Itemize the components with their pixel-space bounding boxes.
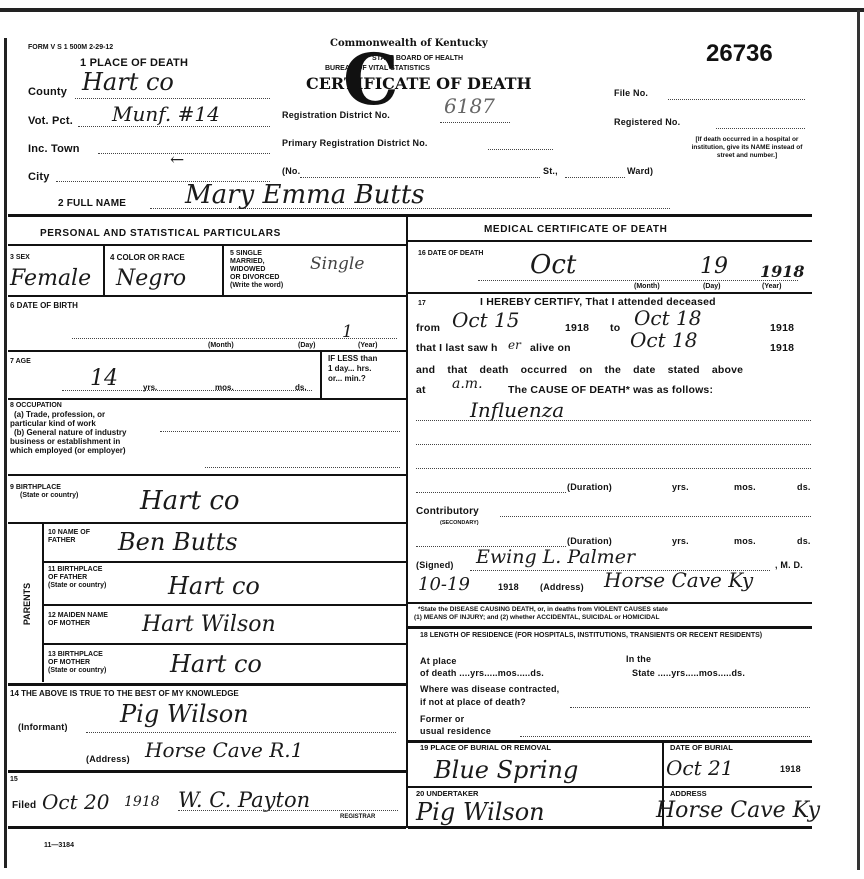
full-name-label: 2 FULL NAME [58, 198, 126, 209]
dob-day-label: (Day) [298, 342, 316, 350]
signed-value[interactable]: Ewing L. Palmer [476, 546, 635, 568]
from-label: from [416, 322, 440, 334]
at-label: at [416, 384, 426, 396]
row-line [8, 295, 406, 297]
registration-district-value[interactable]: 6187 [444, 94, 495, 118]
state-text: State [632, 668, 655, 678]
stamp-letter: C [343, 50, 399, 110]
personal-title-line [8, 244, 406, 246]
occupation-label: 8 OCCUPATION [10, 402, 126, 410]
occurred-text: and that death occurred on the date stat… [416, 364, 743, 376]
row-line [8, 350, 406, 352]
row-line [44, 561, 406, 563]
label-line: (State or country) [48, 582, 106, 590]
filed-date-value[interactable]: Oct 20 [42, 790, 109, 814]
age-less-divider [320, 350, 322, 398]
label-line: OF MOTHER [48, 620, 108, 628]
city-value[interactable]: ← [170, 150, 184, 170]
filed-year-value[interactable]: 1918 [124, 794, 160, 810]
row-line [408, 602, 812, 604]
row-line [44, 643, 406, 645]
ward-label: Ward) [627, 166, 653, 176]
cause-dots [416, 444, 811, 445]
duration-mos: mos. [734, 536, 756, 546]
certificate-title: CERTIFICATE OF DEATH [306, 74, 532, 93]
filed-label: Filed [12, 800, 36, 811]
cause-dots [416, 468, 811, 469]
footnote-line-2: (1) MEANS OF INJURY; and (2) whether ACC… [414, 614, 659, 622]
vot-pct-label: Vot. Pct. [28, 115, 73, 127]
label-line: OF FATHER [48, 574, 106, 582]
dod-day-value[interactable]: 19 [700, 254, 728, 279]
former-label-2: usual residence [420, 726, 491, 736]
medical-address-value[interactable]: Horse Cave Ky [604, 568, 753, 592]
sex-value[interactable]: Female [10, 266, 91, 291]
duration-ds: ds. [797, 536, 811, 546]
row-line [8, 398, 406, 400]
county-label: County [28, 86, 67, 98]
file-no-dots [668, 99, 805, 100]
birthplace-sub: (State or country) [20, 492, 78, 500]
contributory-dots [500, 516, 811, 517]
birthplace-value[interactable]: Hart co [140, 486, 240, 516]
no-label: (No. [282, 166, 300, 176]
mother-birthplace-label: 13 BIRTHPLACE OF MOTHER (State or countr… [48, 651, 106, 675]
undertaker-address-value[interactable]: Horse Cave Ky [656, 798, 820, 823]
label-line: 13 BIRTHPLACE [48, 651, 106, 659]
age-years-value[interactable]: 14 [90, 366, 118, 391]
file-no-label: File No. [614, 88, 648, 98]
duration-yrs: yrs. [672, 536, 689, 546]
contracted-dots [570, 707, 810, 708]
cause-dots [416, 420, 811, 421]
marital-line: (Write the word) [230, 282, 283, 290]
marital-label: 5 SINGLE MARRIED, WIDOWED OR DIVORCED (W… [230, 250, 283, 290]
dod-dots [478, 280, 798, 281]
if-less-line: 1 day... hrs. [328, 364, 377, 374]
ward-dots [565, 177, 625, 178]
informant-address-value[interactable]: Horse Cave R.1 [145, 738, 303, 762]
dob-label: 6 DATE OF BIRTH [10, 302, 78, 310]
left-border [4, 38, 7, 868]
mos-text: mos. [699, 668, 721, 678]
row-line [8, 522, 406, 524]
bottom-line [8, 826, 406, 829]
alive-year: 1918 [770, 342, 794, 354]
in-the-label: In the [626, 654, 651, 664]
st-label: St., [543, 166, 558, 176]
personal-section-title: PERSONAL AND STATISTICAL PARTICULARS [40, 228, 281, 239]
marital-line: OR DIVORCED [230, 274, 283, 282]
dod-year-value[interactable]: 1918 [760, 262, 805, 281]
of-death-label: of death ....yrs.....mos.....ds. [420, 668, 544, 678]
duration-label: (Duration) [567, 482, 612, 492]
former-label-1: Former or [420, 714, 464, 724]
form-id: FORM V S 1 500M 2-29-12 [28, 44, 113, 52]
marital-line: 5 SINGLE [230, 250, 283, 258]
yrs-text: yrs. [671, 668, 688, 678]
row-line [8, 683, 406, 686]
parents-divider [42, 522, 44, 682]
label-line: 11 BIRTHPLACE [48, 566, 106, 574]
former-dots [520, 736, 810, 737]
if-less-line: or... min.? [328, 374, 377, 384]
md-label: , M. D. [775, 560, 803, 570]
to-label: to [610, 322, 620, 334]
informant-header: 14 THE ABOVE IS TRUE TO THE BEST OF MY K… [10, 690, 239, 698]
father-name-label: 10 NAME OF FATHER [48, 529, 90, 545]
if-less-label: IF LESS than 1 day... hrs. or... min.? [328, 354, 377, 384]
occupation-a2: particular kind of work [10, 419, 126, 428]
row-line [8, 474, 406, 476]
dod-day-label: (Day) [703, 283, 721, 291]
footer-code: 11—3184 [44, 842, 74, 850]
duration-yrs: yrs. [672, 482, 689, 492]
informant-dots [86, 732, 396, 733]
ds-text: ds. [530, 668, 544, 678]
state-stay: State .....yrs.....mos.....ds. [632, 668, 745, 678]
father-birthplace-value[interactable]: Hart co [168, 572, 260, 600]
signed-date-value[interactable]: 10-19 [418, 574, 470, 595]
from-value[interactable]: Oct 15 [452, 308, 519, 332]
if-less-line: IF LESS than [328, 354, 377, 364]
signed-year: 1918 [498, 582, 519, 592]
birthplace-label: 9 BIRTHPLACE [10, 484, 61, 492]
occupation-a: (a) Trade, profession, or [10, 410, 126, 419]
cause-text: The CAUSE OF DEATH* was as follows: [508, 384, 713, 396]
registration-district-dots [440, 122, 510, 123]
registered-no-dots [716, 128, 805, 129]
burial-label: 19 PLACE OF BURIAL OR REMOVAL [420, 744, 551, 752]
county-dots [75, 98, 270, 99]
dod-year-label: (Year) [762, 283, 781, 291]
occupation-a-dots [160, 431, 400, 432]
medical-section-title: MEDICAL CERTIFICATE OF DEATH [484, 224, 667, 235]
vot-pct-value[interactable]: Munf. #14 [112, 102, 220, 126]
of-death-text: of death [420, 668, 457, 678]
yrs-text: yrs. [470, 668, 487, 678]
primary-registration-dots [488, 149, 553, 150]
dod-label: 16 DATE OF DEATH [418, 250, 483, 258]
mos-text: mos. [498, 668, 520, 678]
duration-dots [416, 492, 566, 493]
sex-label: 3 SEX [10, 254, 30, 262]
certify-number: 17 [418, 300, 426, 308]
contracted-label-2: if not at place of death? [420, 697, 526, 707]
duration-ds: ds. [797, 482, 811, 492]
row-line [408, 786, 812, 788]
dob-year-label: (Year) [358, 342, 377, 350]
burial-year: 1918 [780, 764, 801, 774]
mother-birthplace-value[interactable]: Hart co [170, 650, 262, 678]
age-ds-label: ds. [295, 384, 307, 392]
county-value[interactable]: Hart co [82, 68, 174, 96]
informant-value[interactable]: Pig Wilson [120, 700, 249, 728]
registrar-value[interactable]: W. C. Payton [178, 788, 310, 812]
at-place-label: At place [420, 656, 457, 666]
father-name-value[interactable]: Ben Butts [118, 528, 238, 556]
right-border [857, 10, 860, 870]
dob-month-label: (Month) [208, 342, 234, 350]
informant-label: (Informant) [18, 722, 68, 732]
residence-label: 18 LENGTH OF RESIDENCE (FOR HOSPITALS, I… [420, 632, 810, 640]
occupation-b3: which employed (or employer) [10, 446, 126, 455]
certificate-number: 26736 [706, 40, 773, 68]
marital-line: WIDOWED [230, 266, 283, 274]
row-line [408, 292, 812, 294]
mother-maiden-value[interactable]: Hart Wilson [142, 612, 276, 637]
occupation-b-dots [205, 467, 400, 468]
bottom-line [408, 826, 812, 829]
to-year: 1918 [770, 322, 794, 334]
primary-registration-label: Primary Registration District No. [282, 138, 428, 148]
label-line: FATHER [48, 537, 90, 545]
undertaker-address-label: ADDRESS [670, 790, 707, 798]
full-name-value[interactable]: Mary Emma Butts [185, 180, 425, 210]
race-marital-divider [222, 245, 224, 295]
label-line: 10 NAME OF [48, 529, 90, 537]
label-line: 12 MAIDEN NAME [48, 612, 108, 620]
inc-town-label: Inc. Town [28, 143, 80, 155]
row-line [44, 604, 406, 606]
hospital-note: [If death occurred in a hospital or inst… [688, 136, 806, 160]
burial-date-label: DATE OF BURIAL [670, 744, 733, 752]
race-label: 4 COLOR OR RACE [110, 254, 185, 262]
label-line: OF MOTHER [48, 659, 106, 667]
filed-number: 15 [10, 776, 18, 784]
marital-value[interactable]: Single [310, 254, 364, 274]
last-saw-pronoun[interactable]: er [508, 338, 521, 352]
age-yrs-label: yrs. [143, 384, 157, 392]
secondary-label: (SECONDARY) [440, 519, 479, 527]
parents-label: PARENTS [23, 583, 31, 625]
registered-no-label: Registered No. [614, 117, 680, 127]
alive-on-value[interactable]: Oct 18 [630, 328, 697, 352]
undertaker-value[interactable]: Pig Wilson [416, 798, 545, 826]
dob-year-value[interactable]: 1 [342, 322, 353, 342]
cause-value[interactable]: Influenza [470, 398, 564, 422]
burial-date-value[interactable]: Oct 21 [666, 756, 733, 780]
from-year: 1918 [565, 322, 589, 334]
informant-address-label: (Address) [86, 754, 130, 764]
burial-value[interactable]: Blue Spring [434, 756, 578, 784]
duration-label: (Duration) [567, 536, 612, 546]
at-value[interactable]: a.m. [452, 376, 483, 392]
age-mos-label: mos. [215, 384, 234, 392]
medical-address-label: (Address) [540, 582, 584, 592]
dod-month-label: (Month) [634, 283, 660, 291]
row-line [408, 626, 812, 629]
marital-line: MARRIED, [230, 258, 283, 266]
street-dots [300, 177, 540, 178]
contracted-label-1: Where was disease contracted, [420, 684, 559, 694]
city-label: City [28, 171, 50, 183]
sex-race-divider [103, 245, 105, 295]
occupation-b: (b) General nature of industry [10, 428, 126, 437]
contributory-label: Contributory [416, 506, 479, 517]
label-line: (State or country) [48, 667, 106, 675]
father-birthplace-label: 11 BIRTHPLACE OF FATHER (State or countr… [48, 566, 106, 590]
age-label: 7 AGE [10, 358, 31, 366]
footnote-line-1: *State the DISEASE CAUSING DEATH, or, in… [418, 606, 668, 614]
last-saw-label: that I last saw h [416, 342, 498, 354]
alive-on-label: alive on [530, 342, 571, 354]
top-border [0, 8, 864, 12]
undertaker-label: 20 UNDERTAKER [416, 790, 478, 798]
header-divider [8, 214, 812, 217]
column-divider [406, 216, 408, 828]
to-value[interactable]: Oct 18 [634, 306, 701, 330]
medical-title-line [408, 240, 812, 242]
ds-text: ds. [731, 668, 745, 678]
row-line [8, 770, 406, 773]
signed-label: (Signed) [416, 560, 454, 570]
dod-month-value[interactable]: Oct [530, 250, 576, 280]
race-value[interactable]: Negro [116, 266, 186, 291]
registration-district-label: Registration District No. [282, 110, 390, 120]
occupation-block: 8 OCCUPATION (a) Trade, profession, or p… [10, 402, 126, 455]
duration-mos: mos. [734, 482, 756, 492]
registrar-dots [178, 810, 398, 811]
occupation-b2: business or establishment in [10, 437, 126, 446]
mother-maiden-label: 12 MAIDEN NAME OF MOTHER [48, 612, 108, 628]
vot-pct-dots [78, 126, 270, 127]
registrar-label: REGISTRAR [340, 813, 375, 821]
